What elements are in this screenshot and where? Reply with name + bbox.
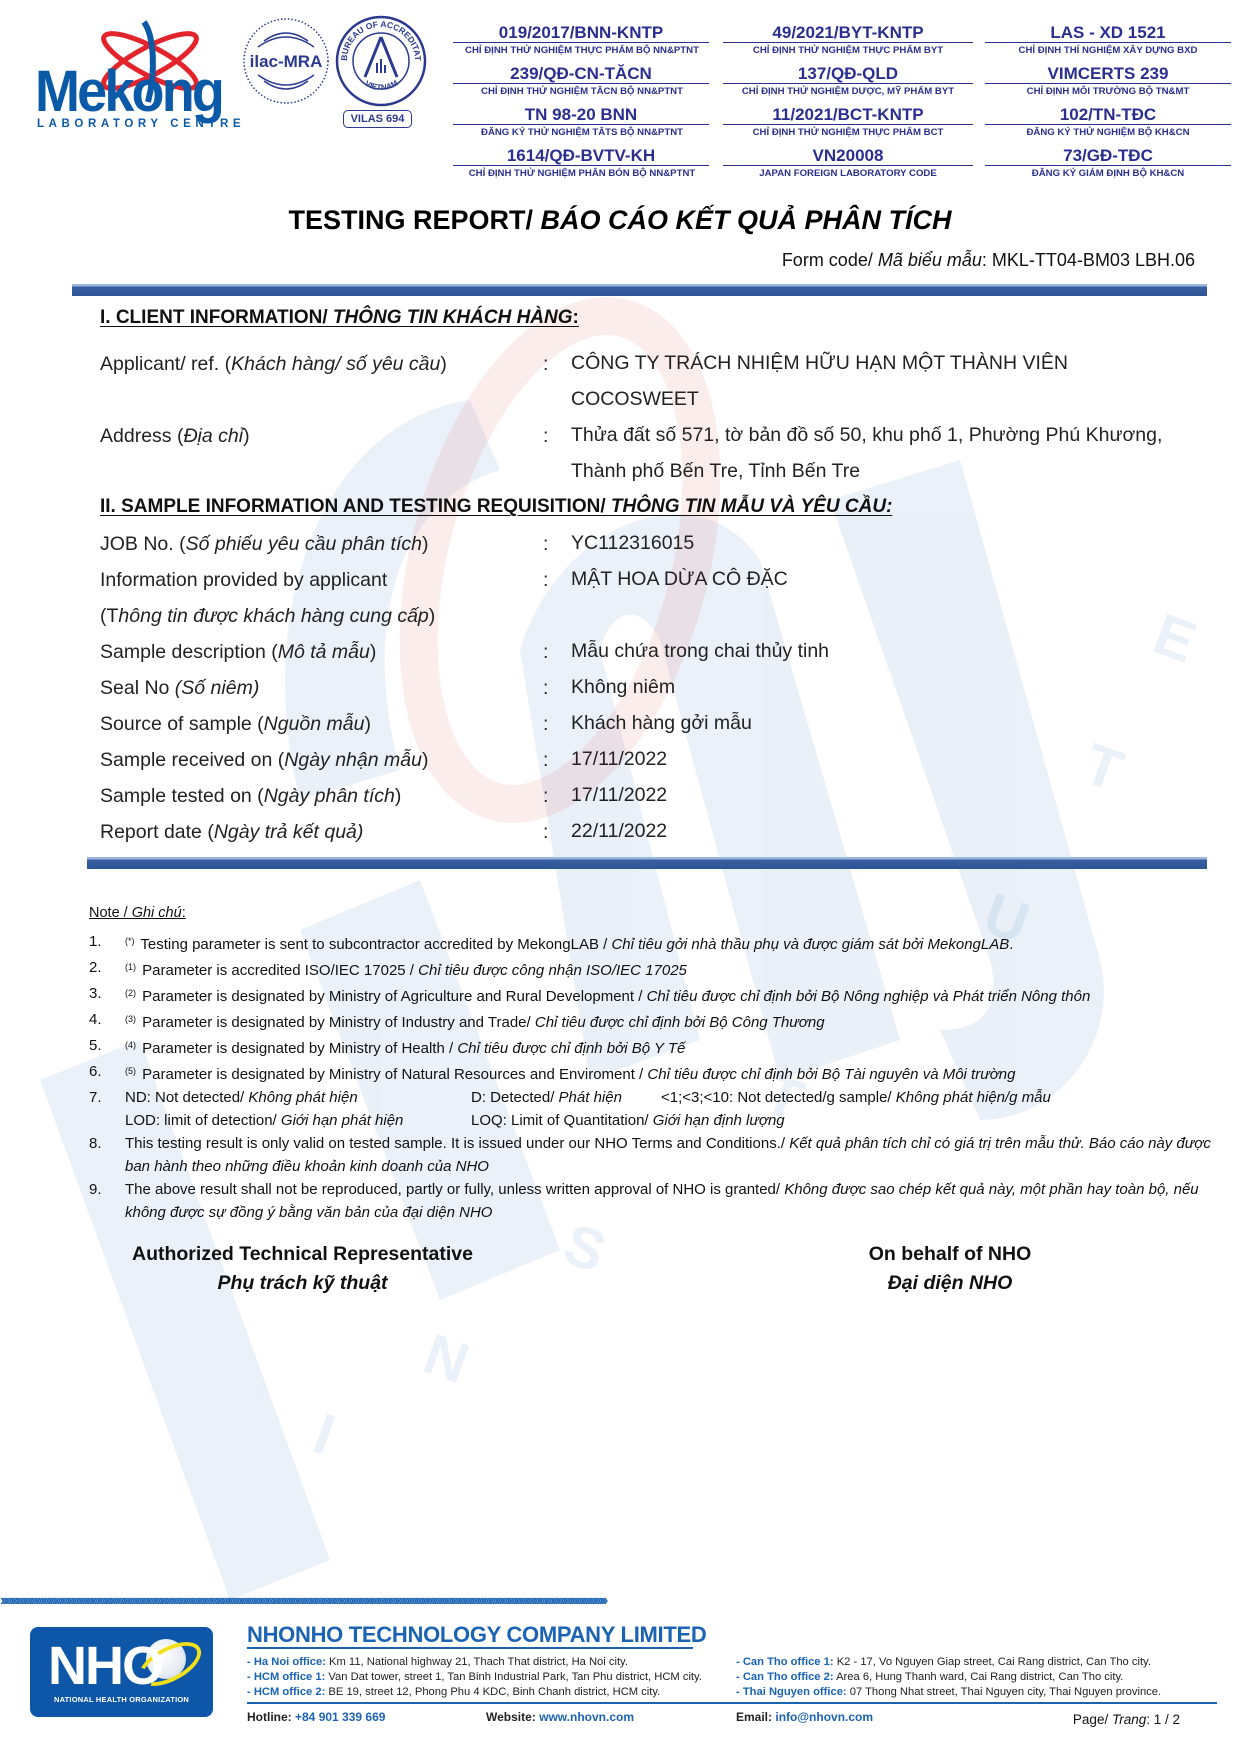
info-value: 17/11/2022 bbox=[571, 741, 1171, 777]
accreditation-item: 49/2021/BYT-KNTPCHỈ ĐỊNH THỬ NGHIỆM THỰC… bbox=[717, 22, 979, 63]
hotline: Hotline: +84 901 339 669 bbox=[247, 1710, 385, 1724]
accreditation-code: 102/TN-TĐC bbox=[985, 104, 1231, 125]
report-title: TESTING REPORT/ BÁO CÁO KẾT QUẢ PHÂN TÍC… bbox=[0, 205, 1240, 236]
accreditation-item: VIMCERTS 239CHỈ ĐỊNH MÔI TRƯỜNG BỘ TN&MT bbox=[979, 63, 1237, 104]
note-item: 4.(3) Parameter is designated by Ministr… bbox=[89, 1008, 1219, 1034]
offices-list-right: - Can Tho office 1: K2 - 17, Vo Nguyen G… bbox=[736, 1655, 1161, 1700]
accreditation-item: 137/QĐ-QLDCHỈ ĐỊNH THỬ NGHIỆM DƯỢC, MỸ P… bbox=[717, 63, 979, 104]
info-colon: : bbox=[543, 641, 548, 664]
email: Email: info@nhovn.com bbox=[736, 1710, 873, 1724]
office-address: - Thai Nguyen office: 07 Thong Nhat stre… bbox=[736, 1685, 1161, 1700]
note-item: 5.(4) Parameter is designated by Ministr… bbox=[89, 1034, 1219, 1060]
accreditation-code: 49/2021/BYT-KNTP bbox=[723, 22, 973, 43]
note-item: 1.(*) Testing parameter is sent to subco… bbox=[89, 930, 1219, 956]
accreditation-code: TN 98-20 BNN bbox=[453, 104, 709, 125]
accreditation-item: 102/TN-TĐCĐĂNG KÝ THỬ NGHIỆM BỘ KH&CN bbox=[979, 104, 1237, 145]
office-address: - Ha Noi office: Km 11, National highway… bbox=[247, 1655, 702, 1670]
accreditation-code: 73/GĐ-TĐC bbox=[985, 145, 1231, 166]
ilac-mra-logo: ilac-MRA bbox=[242, 17, 330, 105]
info-label: JOB No. (Số phiếu yêu cầu phân tích) bbox=[100, 533, 428, 556]
accreditation-description: ĐĂNG KÝ THỬ NGHIỆM TĂTS BỘ NN&PTNT bbox=[447, 125, 717, 140]
footer-divider bbox=[247, 1702, 1217, 1704]
office-address: - Can Tho office 2: Area 6, Hung Thanh w… bbox=[736, 1670, 1161, 1685]
section-divider-top bbox=[72, 284, 1207, 296]
info-colon: : bbox=[543, 353, 548, 376]
office-address: - HCM office 1: Van Dat tower, street 1,… bbox=[247, 1670, 702, 1685]
svg-text:ilac-MRA: ilac-MRA bbox=[250, 52, 323, 71]
svg-text:N: N bbox=[416, 1321, 478, 1396]
info-label: Sample received on (Ngày nhận mẫu) bbox=[100, 749, 428, 772]
info-colon: : bbox=[543, 533, 548, 556]
info-value: Không niêm bbox=[571, 669, 1171, 705]
note-item-8: 8.This testing result is only valid on t… bbox=[89, 1132, 1219, 1178]
info-label: Sample description (Mô tả mẫu) bbox=[100, 641, 376, 664]
notes-title: Note / Ghi chú: bbox=[89, 905, 186, 921]
info-colon: : bbox=[543, 785, 548, 808]
info-value: CÔNG TY TRÁCH NHIỆM HỮU HẠN MỘT THÀNH VI… bbox=[571, 345, 1171, 417]
accreditation-description: JAPAN FOREIGN LABORATORY CODE bbox=[717, 166, 979, 181]
office-address: - Can Tho office 1: K2 - 17, Vo Nguyen G… bbox=[736, 1655, 1161, 1670]
accreditation-item: 11/2021/BCT-KNTPCHỈ ĐỊNH THỬ NGHIỆM THỰC… bbox=[717, 104, 979, 145]
bureau-of-accreditation-logo: BUREAU OF ACCREDITATION VIETNAM bbox=[335, 15, 427, 107]
accreditation-code: VIMCERTS 239 bbox=[985, 63, 1231, 84]
offices-list-left: - Ha Noi office: Km 11, National highway… bbox=[247, 1655, 702, 1700]
accreditation-code: LAS - XD 1521 bbox=[985, 22, 1231, 43]
accreditation-description: CHỈ ĐỊNH THÍ NGHIỆM XÂY DỰNG BXD bbox=[979, 43, 1237, 58]
email-link[interactable]: info@nhovn.com bbox=[775, 1710, 873, 1724]
info-value: YC112316015 bbox=[571, 525, 1171, 561]
accreditation-description: CHỈ ĐỊNH MÔI TRƯỜNG BỘ TN&MT bbox=[979, 84, 1237, 99]
section-heading-sample-info: II. SAMPLE INFORMATION AND TESTING REQUI… bbox=[100, 496, 892, 518]
accreditation-code: 1614/QĐ-BVTV-KH bbox=[453, 145, 709, 166]
accreditation-list: 019/2017/BNN-KNTPCHỈ ĐỊNH THỬ NGHIỆM THỰ… bbox=[447, 22, 1237, 186]
nho-logo: NHO NATIONAL HEALTH ORGANIZATION bbox=[30, 1627, 213, 1717]
info-colon: : bbox=[543, 425, 548, 448]
mekong-wordmark: Mekong bbox=[35, 58, 222, 125]
accreditation-description: ĐĂNG KÝ GIÁM ĐỊNH BỘ KH&CN bbox=[979, 166, 1237, 181]
info-label: Address (Địa chỉ) bbox=[100, 425, 250, 448]
accreditation-code: 137/QĐ-QLD bbox=[723, 63, 973, 84]
note-item: 6.(5) Parameter is designated by Ministr… bbox=[89, 1060, 1219, 1086]
info-colon: : bbox=[543, 821, 548, 844]
signature-nho-representative: On behalf of NHO Đại diện NHO bbox=[840, 1240, 1060, 1298]
hotline-link[interactable]: +84 901 339 669 bbox=[295, 1710, 385, 1724]
info-label: (Thông tin được khách hàng cung cấp) bbox=[100, 605, 435, 628]
svg-text:VIETNAM: VIETNAM bbox=[363, 78, 399, 92]
info-value: Khách hàng gởi mẫu bbox=[571, 705, 1171, 741]
mekong-subtitle: LABORATORY CENTRE bbox=[37, 118, 245, 130]
accreditation-description: CHỈ ĐỊNH THỬ NGHIỆM TĂCN BỘ NN&PTNT bbox=[447, 84, 717, 99]
accreditation-description: CHỈ ĐỊNH THỬ NGHIỆM THỰC PHẨM BYT bbox=[717, 43, 979, 58]
vilas-badge: VILAS 694 bbox=[343, 110, 412, 128]
note-item-9: 9.The above result shall not be reproduc… bbox=[89, 1178, 1219, 1224]
website-link[interactable]: www.nhovn.com bbox=[539, 1710, 634, 1724]
office-address: - HCM office 2: BE 19, street 12, Phong … bbox=[247, 1685, 702, 1700]
signature-technical-representative: Authorized Technical Representative Phụ … bbox=[120, 1240, 485, 1298]
accreditation-description: ĐĂNG KÝ THỬ NGHIỆM BỘ KH&CN bbox=[979, 125, 1237, 140]
info-label: Source of sample (Nguồn mẫu) bbox=[100, 713, 371, 736]
accreditation-item: 1614/QĐ-BVTV-KHCHỈ ĐỊNH THỬ NGHIỆM PHÂN … bbox=[447, 145, 717, 186]
accreditation-code: 11/2021/BCT-KNTP bbox=[723, 104, 973, 125]
info-label: Applicant/ ref. (Khách hàng/ số yêu cầu) bbox=[100, 353, 447, 376]
accreditation-code: 239/QĐ-CN-TĂCN bbox=[453, 63, 709, 84]
info-label: Seal No (Số niêm) bbox=[100, 677, 259, 700]
accreditation-code: VN20008 bbox=[723, 145, 973, 166]
accreditation-description: CHỈ ĐỊNH THỬ NGHIỆM DƯỢC, MỸ PHẨM BYT bbox=[717, 84, 979, 99]
form-code: Form code/ Mã biểu mẫu: MKL-TT04-BM03 LB… bbox=[782, 250, 1195, 271]
footer-chevron-divider: ››››››››››››››››››››››››››››››››››››››››… bbox=[0, 1594, 1240, 1608]
mekong-logo: Mekong LABORATORY CENTRE bbox=[35, 18, 225, 138]
note-item-7: 7. ND: Not detected/ Không phát hiệnD: D… bbox=[89, 1086, 1219, 1132]
accreditation-item: TN 98-20 BNNĐĂNG KÝ THỬ NGHIỆM TĂTS BỘ N… bbox=[447, 104, 717, 145]
info-colon: : bbox=[543, 677, 548, 700]
accreditation-item: 239/QĐ-CN-TĂCNCHỈ ĐỊNH THỬ NGHIỆM TĂCN B… bbox=[447, 63, 717, 104]
company-underline bbox=[247, 1647, 693, 1649]
info-colon: : bbox=[543, 569, 548, 592]
info-colon: : bbox=[543, 713, 548, 736]
note-item: 2.(1) Parameter is accredited ISO/IEC 17… bbox=[89, 956, 1219, 982]
info-label: Report date (Ngày trả kết quả) bbox=[100, 821, 363, 844]
accreditation-description: CHỈ ĐỊNH THỬ NGHIỆM THỰC PHẨM BỘ NN&PTNT bbox=[447, 43, 717, 58]
svg-text:I: I bbox=[306, 1401, 343, 1468]
info-value: 17/11/2022 bbox=[571, 777, 1171, 813]
accreditation-item: 019/2017/BNN-KNTPCHỈ ĐỊNH THỬ NGHIỆM THỰ… bbox=[447, 22, 717, 63]
accreditation-item: VN20008JAPAN FOREIGN LABORATORY CODE bbox=[717, 145, 979, 186]
accreditation-description: CHỈ ĐỊNH THỬ NGHIỆM PHÂN BÓN BỘ NN&PTNT bbox=[447, 166, 717, 181]
note-item: 3.(2) Parameter is designated by Ministr… bbox=[89, 982, 1219, 1008]
info-value: MẬT HOA DỪA CÔ ĐẶC bbox=[571, 561, 1171, 597]
info-value: Mẫu chứa trong chai thủy tinh bbox=[571, 633, 1171, 669]
accreditation-description: CHỈ ĐỊNH THỬ NGHIỆM THỰC PHẨM BCT bbox=[717, 125, 979, 140]
page-number: Page/ Trang: 1 / 2 bbox=[1073, 1712, 1180, 1727]
accreditation-item: LAS - XD 1521CHỈ ĐỊNH THÍ NGHIỆM XÂY DỰN… bbox=[979, 22, 1237, 63]
accreditation-code: 019/2017/BNN-KNTP bbox=[453, 22, 709, 43]
section-divider-bottom bbox=[87, 857, 1207, 869]
info-label: Sample tested on (Ngày phân tích) bbox=[100, 785, 401, 808]
company-name: NHONHO TECHNOLOGY COMPANY LIMITED bbox=[247, 1622, 706, 1648]
website: Website: www.nhovn.com bbox=[486, 1710, 634, 1724]
notes-list: 1.(*) Testing parameter is sent to subco… bbox=[89, 930, 1219, 1224]
section-heading-client-info: I. CLIENT INFORMATION/ THÔNG TIN KHÁCH H… bbox=[100, 307, 579, 329]
info-value: Thửa đất số 571, tờ bản đồ số 50, khu ph… bbox=[571, 417, 1171, 489]
info-colon: : bbox=[543, 749, 548, 772]
info-label: Information provided by applicant bbox=[100, 569, 387, 592]
accreditation-item: 73/GĐ-TĐCĐĂNG KÝ GIÁM ĐỊNH BỘ KH&CN bbox=[979, 145, 1237, 186]
info-value: 22/11/2022 bbox=[571, 813, 1171, 849]
